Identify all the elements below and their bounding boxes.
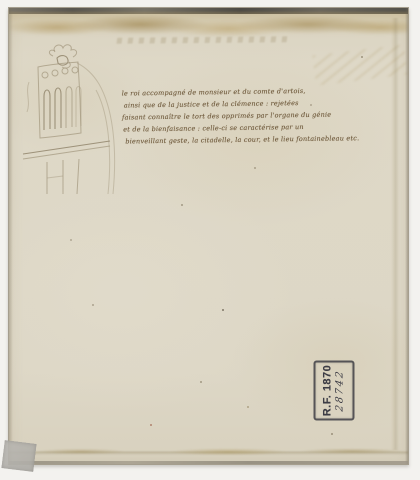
ink-showthrough [117, 36, 288, 43]
glue-stain-band [9, 12, 408, 40]
inscription-line: bienveillant geste, la citadelle, la cou… [125, 132, 340, 147]
collection-stamp: R.F. 1870 28742 [314, 361, 355, 421]
bottom-crease-stain [9, 448, 408, 455]
paper-bottom-edge [9, 461, 408, 464]
stamp-text: R.F. 1870 [323, 365, 334, 417]
stamp-inventory-number: 28742 [335, 369, 346, 412]
paper-sheet: le roi accompagné de monsieur et du comt… [8, 7, 409, 465]
paper-right-edge [405, 8, 408, 464]
backing-board-corner [1, 440, 36, 472]
handwritten-inscription: le roi accompagné de monsieur et du comt… [122, 84, 341, 147]
architectural-sketch [17, 40, 129, 198]
scanned-document: le roi accompagné de monsieur et du comt… [0, 0, 420, 480]
paper-fold-line [391, 18, 399, 450]
paper-left-edge [9, 8, 13, 464]
